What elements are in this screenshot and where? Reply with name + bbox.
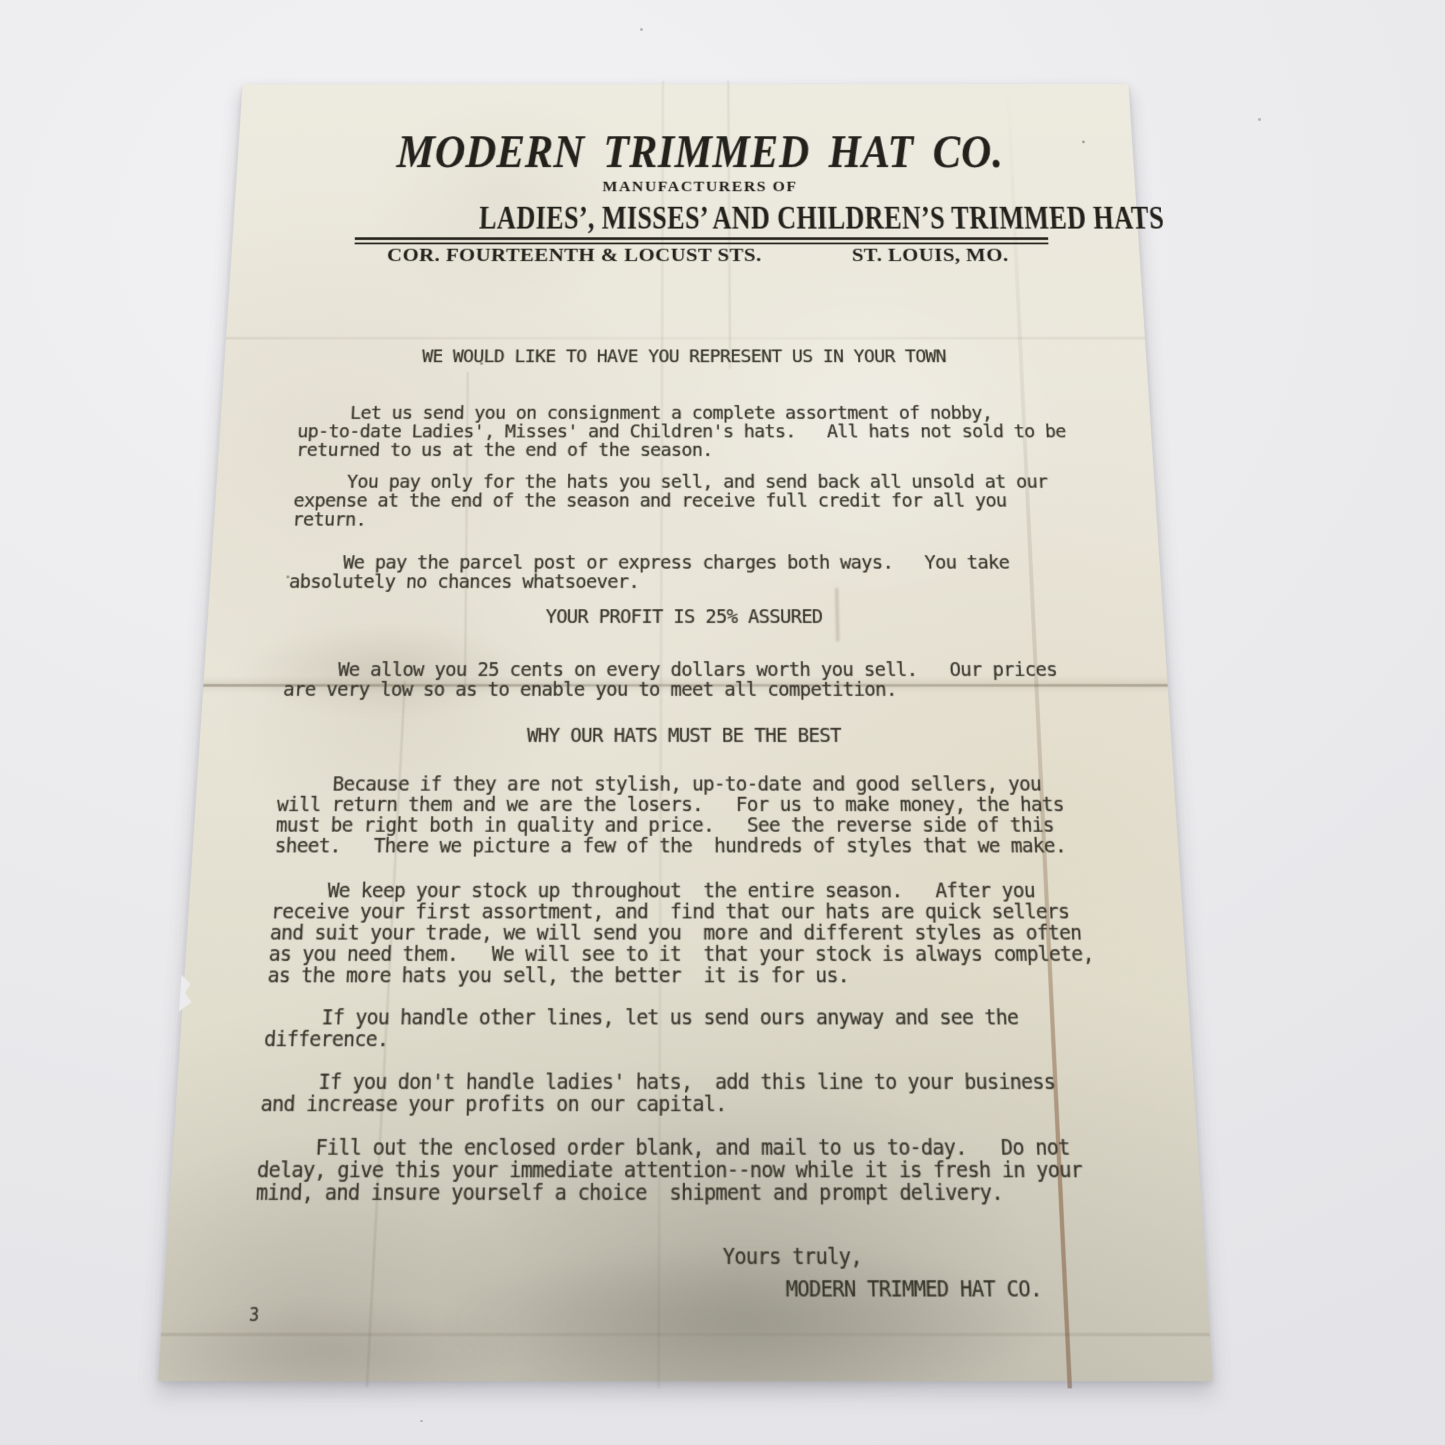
signature-company: MODERN TRIMMED HAT CO. bbox=[786, 1278, 1043, 1301]
paragraph-order-blank: Fill out the enclosed order blank, and m… bbox=[255, 1137, 1084, 1205]
heading-why-best: WHY OUR HATS MUST BE THE BEST bbox=[280, 726, 1088, 746]
paragraph-stock-up: We keep your stock up throughout the ent… bbox=[267, 881, 1095, 987]
dust-speck bbox=[1258, 118, 1261, 121]
letter-content: MODERN TRIMMED HAT CO. MANUFACTURERS OF … bbox=[246, 84, 1122, 1381]
photo-background: MODERN TRIMMED HAT CO. MANUFACTURERS OF … bbox=[0, 0, 1445, 1445]
paragraph-allowance: We allow you 25 cents on every dollars w… bbox=[283, 660, 1059, 700]
letterhead-tagline: MANUFACTURERS OF bbox=[326, 177, 1074, 196]
dust-speck bbox=[640, 28, 643, 31]
heading-profit-assured: YOUR PROFIT IS 25% ASSURED bbox=[287, 607, 1082, 626]
company-name: MODERN TRIMMED HAT CO. bbox=[327, 125, 1073, 178]
paragraph-add-line: If you don't handle ladies' hats, add th… bbox=[260, 1071, 1057, 1115]
paragraph-parcel-post: We pay the parcel post or express charge… bbox=[289, 553, 1011, 592]
address-street: COR. FOURTEENTH & LOCUST STS. bbox=[387, 243, 762, 266]
paragraph-consignment: Let us send you on consignment a complet… bbox=[296, 404, 1067, 460]
left-edge-tear bbox=[179, 975, 195, 1012]
letterhead-address: COR. FOURTEENTH & LOCUST STS. ST. LOUIS,… bbox=[354, 243, 1050, 266]
product-line-text: LADIES’, MISSES’ AND CHILDREN’S TRIMMED … bbox=[479, 201, 1165, 236]
ink-speck bbox=[1082, 141, 1085, 144]
paragraph-pay-only: You pay only for the hats you sell, and … bbox=[292, 473, 1050, 530]
page-number: 3 bbox=[249, 1303, 259, 1326]
heading-represent-us: WE WOULD LIKE TO HAVE YOU REPRESENT US I… bbox=[301, 348, 1067, 366]
address-city: ST. LOUIS, MO. bbox=[852, 243, 1009, 266]
paragraph-stylish: Because if they are not stylish, up-to-d… bbox=[274, 774, 1066, 856]
closing-line: Yours truly, bbox=[723, 1246, 862, 1269]
dust-speck bbox=[420, 1420, 423, 1422]
paragraph-other-lines: If you handle other lines, let us send o… bbox=[264, 1007, 1020, 1050]
letter-paper: MODERN TRIMMED HAT CO. MANUFACTURERS OF … bbox=[158, 84, 1213, 1381]
product-line: LADIES’, MISSES’ AND CHILDREN’S TRIMMED … bbox=[355, 201, 1048, 236]
company-name-text: MODERN TRIMMED HAT CO. bbox=[396, 125, 1004, 178]
